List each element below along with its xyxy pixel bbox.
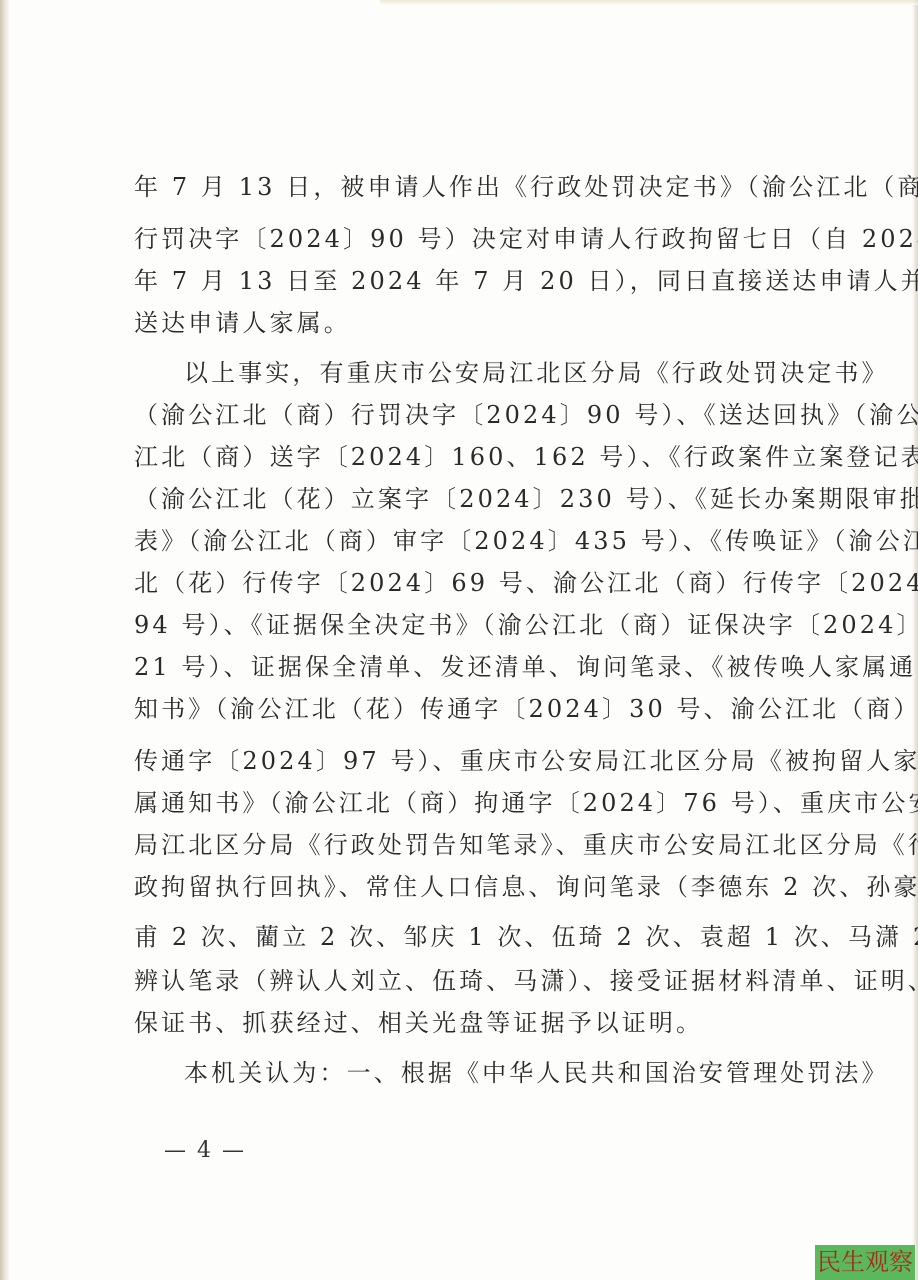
- text-line: 行罚决字〔2024〕90 号）决定对申请人行政拘留七日（自 2024: [134, 224, 814, 254]
- text-line: 表》（渝公江北（商）审字〔2024〕435 号）、《传唤证》（渝公江: [134, 526, 814, 556]
- text-line: 21 号）、证据保全清单、发还清单、询问笔录、《被传唤人家属通: [134, 652, 814, 682]
- text-line: 送达申请人家属。: [134, 308, 814, 338]
- text-line: 知书》（渝公江北（花）传通字〔2024〕30 号、渝公江北（商）: [134, 694, 814, 724]
- conclusion-lead: 本机关认为：: [184, 1059, 347, 1087]
- text-line: 局江北区分局《行政处罚告知笔录》、重庆市公安局江北区分局《行: [134, 830, 814, 860]
- paragraph-start-line: 以上事实，有重庆市公安局江北区分局《行政处罚决定书》: [184, 358, 814, 388]
- text-line: 属通知书》（渝公江北（商）拘通字〔2024〕76 号）、重庆市公安: [134, 788, 814, 818]
- text-line: 甫 2 次、藺立 2 次、邹庆 1 次、伍琦 2 次、袁超 1 次、马潇 2 次…: [134, 922, 814, 952]
- page-number: — 4 —: [164, 1138, 246, 1163]
- text-line: 政拘留执行回执》、常住人口信息、询问笔录（李德东 2 次、孙豪: [134, 872, 814, 902]
- text-line: 江北（商）送字〔2024〕160、162 号）、《行政案件立案登记表》: [134, 442, 814, 472]
- text-line: 94 号）、《证据保全决定书》（渝公江北（商）证保决字〔2024〕: [134, 610, 814, 640]
- document-page: 年 7 月 13 日，被申请人作出《行政处罚决定书》（渝公江北（商） 行罚决字〔…: [0, 0, 918, 1280]
- text-line: 辨认笔录（辨认人刘立、伍琦、马潇）、接受证据材料清单、证明、: [134, 966, 814, 996]
- text-line: 年 7 月 13 日至 2024 年 7 月 20 日），同日直接送达申请人并邮…: [134, 266, 814, 296]
- watermark-badge: 民生观察: [815, 1245, 915, 1280]
- text-line: 传通字〔2024〕97 号）、重庆市公安局江北区分局《被拘留人家: [134, 746, 814, 776]
- text-line: 北（花）行传字〔2024〕69 号、渝公江北（商）行传字〔2024〕: [134, 568, 814, 598]
- text-line: （渝公江北（商）行罚决字〔2024〕90 号）、《送达回执》（渝公: [134, 400, 814, 430]
- text-line: （渝公江北（花）立案字〔2024〕230 号）、《延长办案期限审批: [134, 484, 814, 514]
- text-line: 保证书、抓获经过、相关光盘等证据予以证明。: [134, 1008, 814, 1038]
- conclusion-line: 本机关认为：一、根据《中华人民共和国治安管理处罚法》: [184, 1058, 814, 1088]
- conclusion-text: 一、根据《中华人民共和国治安管理处罚法》: [347, 1059, 889, 1087]
- text-line: 年 7 月 13 日，被申请人作出《行政处罚决定书》（渝公江北（商）: [134, 172, 814, 202]
